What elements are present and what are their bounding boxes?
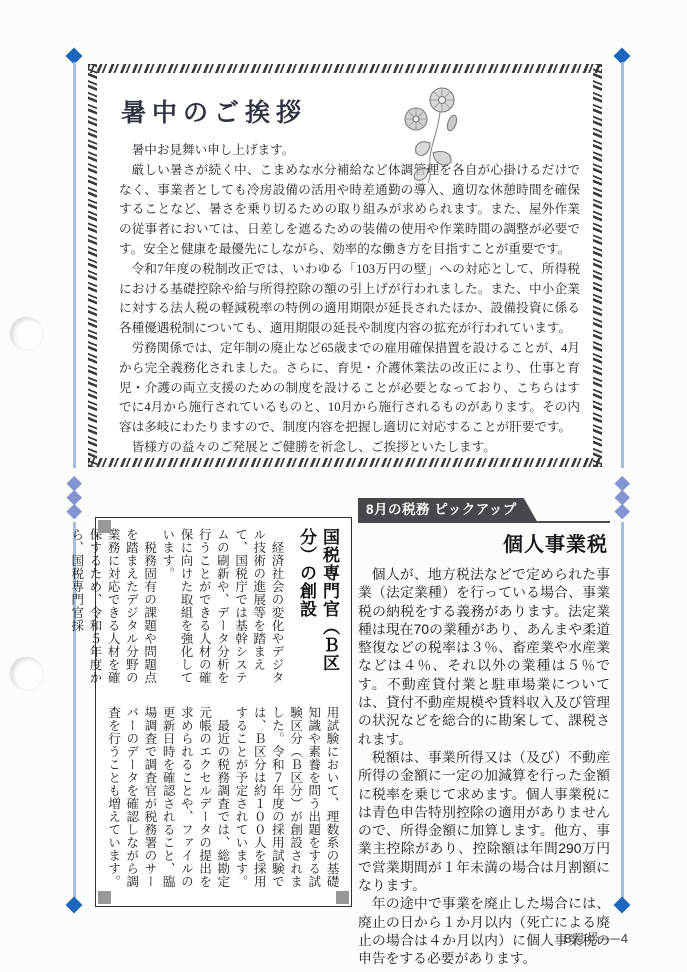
diamond-ornament bbox=[615, 490, 630, 505]
pickup-badge: 8月の税務 ピックアップ bbox=[358, 498, 537, 521]
diamond-ornament bbox=[67, 476, 82, 491]
diamond-ornament bbox=[67, 504, 82, 519]
page-footer: 8月号──4 bbox=[564, 928, 629, 947]
article-paragraph: 最近の税務調査では、総勘定元帳のエクセルデータの提出を求められることや、ファイル… bbox=[104, 706, 231, 894]
binder-hole bbox=[10, 317, 43, 350]
morning-glory-illustration bbox=[400, 83, 468, 187]
diamond-ornament bbox=[614, 897, 631, 914]
pickup-body: 個人が、地方税法などで定められた事業（法定業種）を行っている場合、事業税の納税を… bbox=[358, 566, 610, 969]
diamond-ornament bbox=[615, 504, 630, 519]
zigzag-border-left bbox=[88, 64, 97, 467]
pickup-header-rule: 8月の税務 ピックアップ bbox=[358, 498, 610, 523]
diamond-ornament bbox=[67, 490, 82, 505]
greeting-paragraph: 令和7年度の税制改正では、いわゆる「103万円の壁」への対応として、所得税におけ… bbox=[119, 260, 580, 339]
corner-square bbox=[98, 520, 111, 533]
newsletter-page: 暑中のご挨拶 暑中お見舞い申し上げます。 厳しい bbox=[0, 0, 687, 972]
greeting-content: 暑中のご挨拶 暑中お見舞い申し上げます。 厳しい bbox=[97, 73, 593, 458]
decorative-line bbox=[621, 62, 624, 468]
article-paragraph: 用試験において、理数系の基礎知識や素養を問う出題をする試験区分（Ｂ区分）が創設さ… bbox=[232, 706, 341, 894]
tax-officer-article-box: 国税専門官（Ｂ区分）の創設 経済社会の変化やデジタル技術の進展等を踏まえて、国税… bbox=[95, 517, 352, 907]
corner-square bbox=[98, 891, 111, 904]
greeting-paragraph: 皆様方の益々のご発展とご健勝を祈念し、ご挨拶といたします。 bbox=[119, 438, 580, 458]
pickup-paragraph: 税額は、事業所得又は（及び）不動産所得の金額に一定の加減算を行った金額に税率を乗… bbox=[358, 749, 610, 895]
article-paragraph: 税務固有の課題や問題点を踏まえたデジタル分野の業務に対応できる人材を確保するため… bbox=[68, 528, 159, 686]
decorative-line bbox=[73, 62, 76, 468]
zigzag-border-bottom bbox=[88, 458, 602, 467]
diamond-ornament bbox=[615, 476, 630, 491]
zigzag-border-right bbox=[593, 64, 602, 467]
decorative-line bbox=[621, 522, 624, 898]
article-paragraph: 経済社会の変化やデジタル技術の進展等を踏まえて、国税庁では基幹システムの刷新や、… bbox=[159, 528, 286, 686]
greeting-paragraph: 労務関係では、定年制の廃止など65歳までの雇用確保措置を設けることが、4月から完… bbox=[119, 339, 580, 438]
greeting-paragraph: 厳しい暑さが続く中、こまめな水分補給など体調管理を各自が心掛けるだけでなく、事業… bbox=[119, 161, 580, 260]
binder-hole bbox=[10, 657, 43, 690]
greeting-body: 暑中お見舞い申し上げます。 厳しい暑さが続く中、こまめな水分補給など体調管理を各… bbox=[119, 141, 580, 458]
article-title: 国税専門官（Ｂ区分）の創設 bbox=[295, 528, 341, 686]
tax-pickup-column: 8月の税務 ピックアップ 個人事業税 個人が、地方税法などで定められた事業（法定… bbox=[358, 498, 610, 969]
greeting-title: 暑中のご挨拶 bbox=[121, 93, 580, 129]
corner-square bbox=[336, 891, 349, 904]
vertical-text-upper: 国税専門官（Ｂ区分）の創設 経済社会の変化やデジタル技術の進展等を踏まえて、国税… bbox=[106, 528, 341, 686]
vertical-text-lower: 用試験において、理数系の基礎知識や素養を問う出題をする試験区分（Ｂ区分）が創設さ… bbox=[106, 706, 341, 894]
diamond-ornament bbox=[66, 897, 83, 914]
greeting-paragraph: 暑中お見舞い申し上げます。 bbox=[119, 141, 580, 161]
pickup-paragraph: 個人が、地方税法などで定められた事業（法定業種）を行っている場合、事業税の納税を… bbox=[358, 566, 610, 749]
summer-greeting-box: 暑中のご挨拶 暑中お見舞い申し上げます。 厳しい bbox=[88, 64, 602, 467]
zigzag-border-top bbox=[88, 64, 602, 73]
pickup-title: 個人事業税 bbox=[358, 528, 608, 557]
